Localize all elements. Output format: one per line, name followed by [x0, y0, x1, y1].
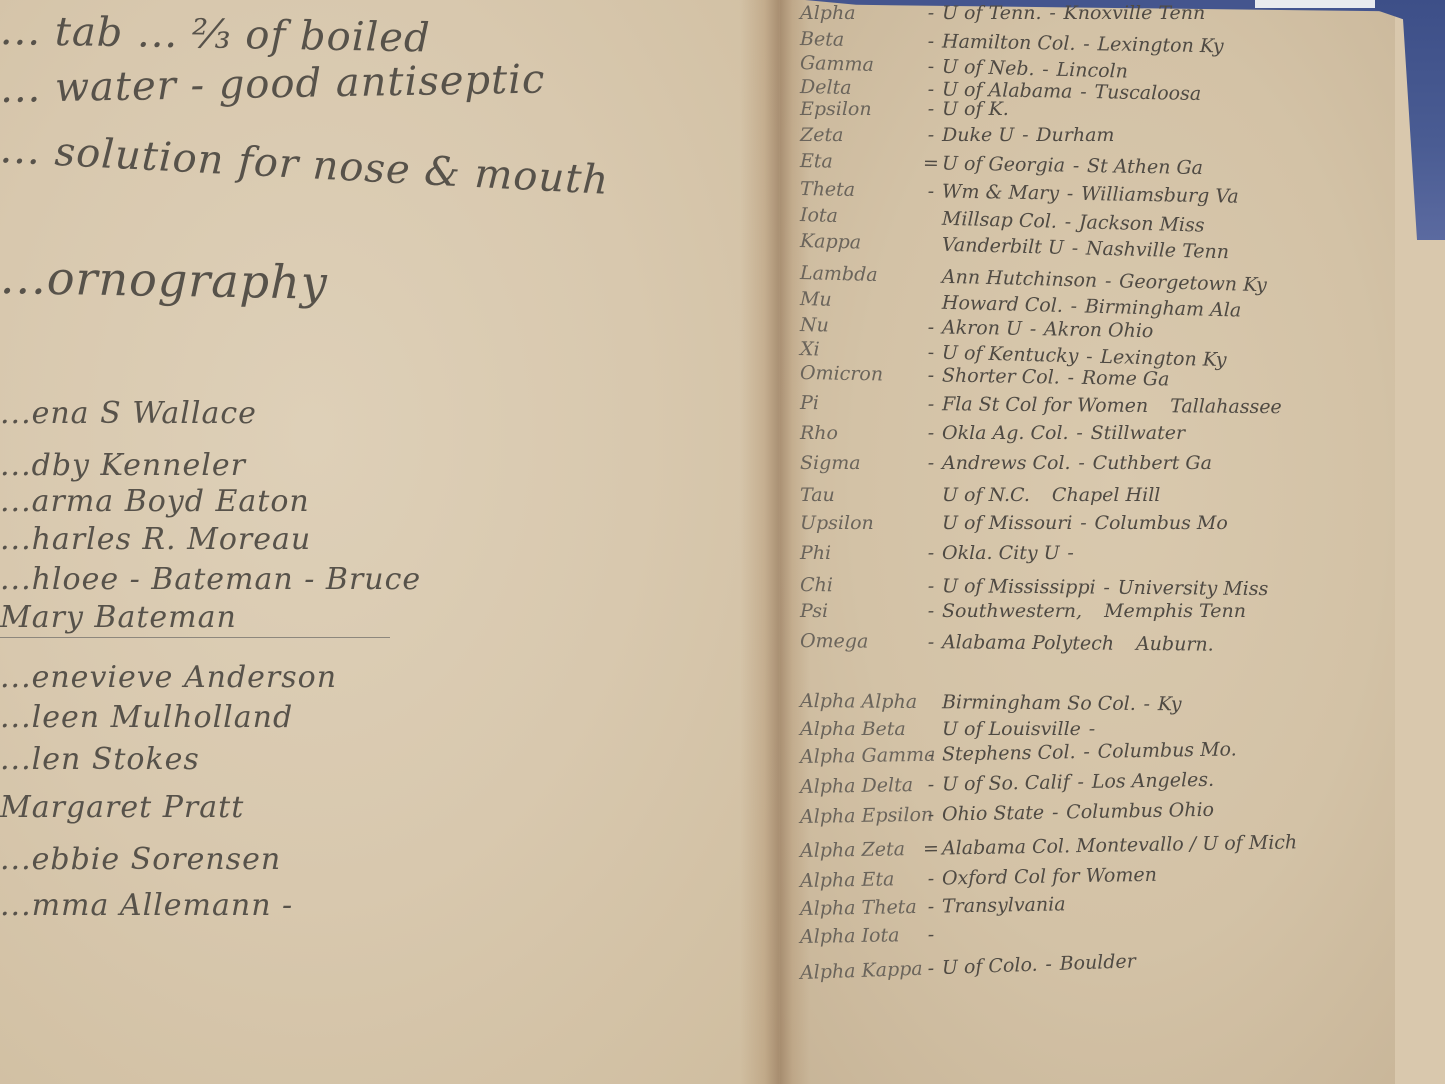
page-heading: ...ornography	[0, 250, 328, 310]
separator-line	[0, 637, 390, 638]
left-page: ... tab ... ⅔ of boiled ... water - good…	[0, 0, 780, 1084]
chapter-row: Phi-Okla. City U-	[800, 542, 1082, 564]
chapter-row: Psi-Southwestern,Memphis Tenn	[800, 600, 1246, 622]
name-row: ...leen Mulholland	[0, 700, 293, 735]
note-line-1: ... tab ... ⅔ of boiled	[0, 8, 431, 62]
note-line-2: ... water - good antiseptic	[0, 56, 546, 112]
open-notebook: ... tab ... ⅔ of boiled ... water - good…	[0, 0, 1445, 1084]
chapter-row: Alpha Iota-	[800, 924, 942, 948]
chapter-row: Pi-Fla St Col for WomenTallahassee	[800, 392, 1282, 418]
name-row: ...hloee - Bateman - Bruce	[0, 562, 421, 597]
name-row: ...harles R. Moreau	[0, 522, 311, 557]
chapter-row: Sigma-Andrews Col.-Cuthbert Ga	[800, 452, 1212, 474]
name-row: ...arma Boyd Eaton	[0, 484, 310, 519]
chapter-row: Alpha Theta-Transylvania	[800, 893, 1066, 920]
name-row: ...len Stokes	[0, 742, 200, 777]
chapter-row: TauU of N.C.Chapel Hill	[800, 484, 1160, 506]
chapter-row: Zeta-Duke U-Durham	[800, 124, 1114, 146]
chapter-row: Rho-Okla Ag. Col.-Stillwater	[800, 422, 1185, 444]
chapter-row: Epsilon-U of K.	[800, 98, 1031, 120]
name-row: ...enevieve Anderson	[0, 660, 337, 695]
chapter-row: Alpha-U of Tenn.-Knoxville Tenn	[800, 2, 1205, 24]
name-row: ...ena S Wallace	[0, 396, 257, 431]
name-row: ...ebbie Sorensen	[0, 842, 281, 877]
name-row: ...dby Kenneler	[0, 448, 246, 483]
note-line-3: ... solution for nose & mouth	[0, 126, 610, 204]
name-row: Margaret Pratt	[0, 790, 244, 825]
name-row: ...mma Allemann -	[0, 888, 293, 923]
name-row: Mary Bateman	[0, 600, 237, 635]
chapter-row: Omega-Alabama PolytechAuburn.	[800, 630, 1214, 656]
chapter-row: Alpha BetaU of Louisville-	[800, 718, 1103, 740]
chapter-row: Chi-U of Mississippi-University Miss	[800, 574, 1268, 600]
chapter-row: Alpha AlphaBirmingham So Col.-Ky	[800, 690, 1182, 715]
chapter-row: UpsilonU of Missouri-Columbus Mo	[800, 512, 1228, 534]
